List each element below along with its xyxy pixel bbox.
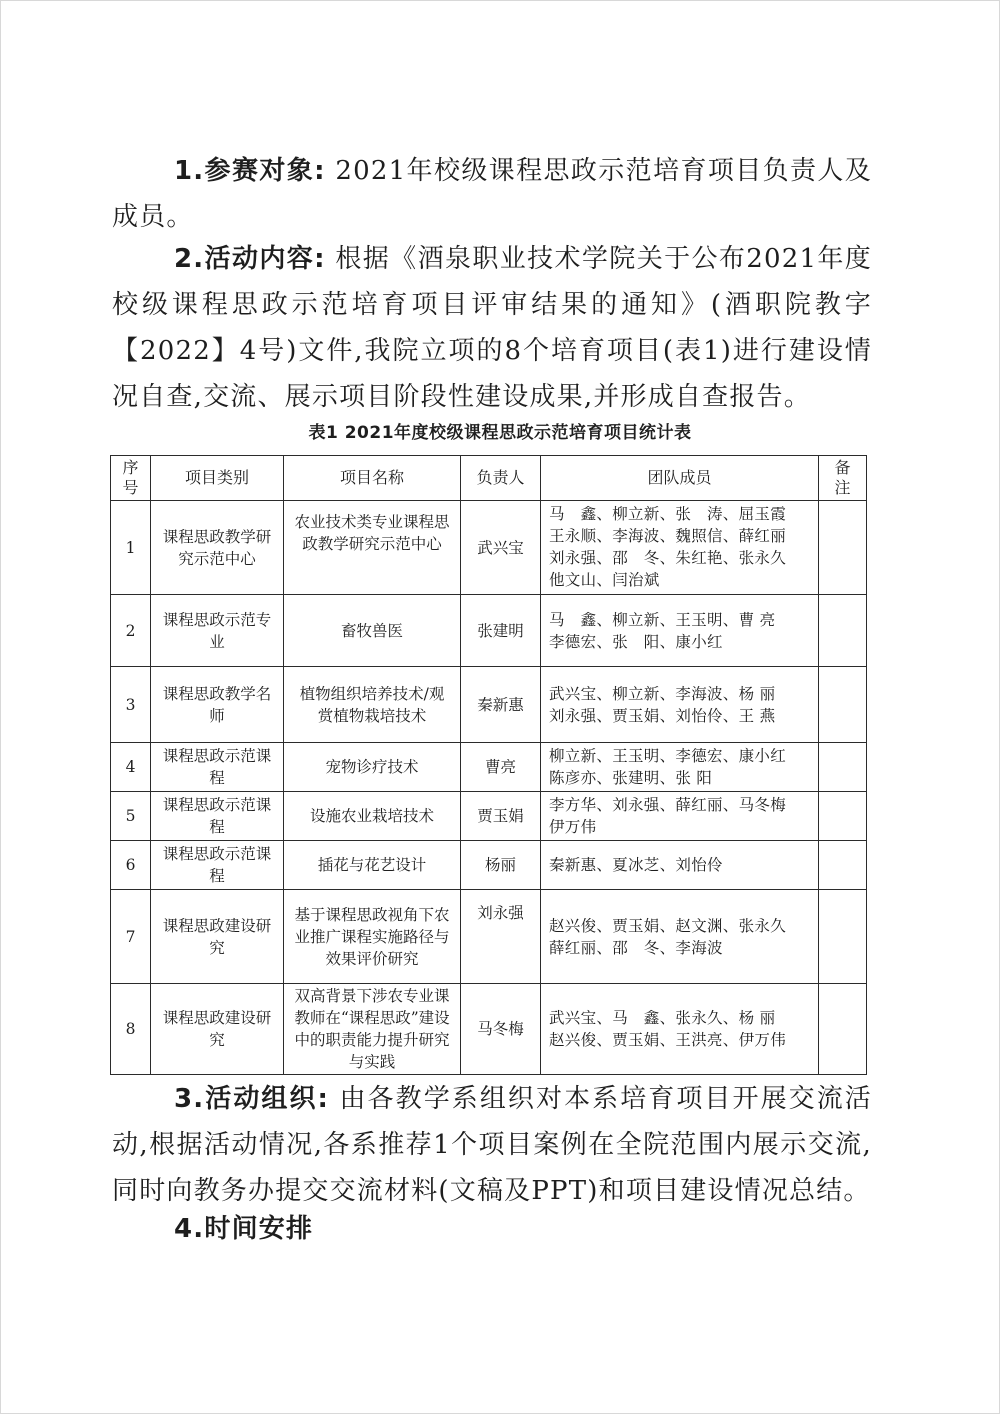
cell-members: 马 鑫、柳立新、王玉明、曹 亮 李德宏、张 阳、康小红 <box>541 595 819 667</box>
cell-index: 4 <box>111 743 151 792</box>
cell-index: 3 <box>111 667 151 743</box>
cell-index: 2 <box>111 595 151 667</box>
table-caption: 表1 2021年度校级课程思政示范培育项目统计表 <box>0 418 1000 443</box>
table-row: 8 课程思政建设研究 双高背景下涉农专业课教师在“课程思政”建设中的职责能力提升… <box>111 984 867 1075</box>
cell-remarks <box>819 890 867 984</box>
header-name: 项目名称 <box>284 456 461 501</box>
table-row: 4 课程思政示范课程 宠物诊疗技术 曹亮 柳立新、王玉明、李德宏、康小红 陈彦亦… <box>111 743 867 792</box>
cell-category: 课程思政教学研究示范中心 <box>151 501 284 595</box>
cell-category: 课程思政教学名师 <box>151 667 284 743</box>
cell-category: 课程思政示范课程 <box>151 743 284 792</box>
table-row: 6 课程思政示范课程 插花与花艺设计 杨丽 秦新惠、夏冰芝、刘怡伶 <box>111 841 867 890</box>
cell-members: 秦新惠、夏冰芝、刘怡伶 <box>541 841 819 890</box>
cell-remarks <box>819 667 867 743</box>
cell-name: 植物组织培养技术/观赏植物栽培技术 <box>284 667 461 743</box>
cell-members: 赵兴俊、贾玉娟、赵文渊、张永久 薛红丽、邵 冬、李海波 <box>541 890 819 984</box>
header-category: 项目类别 <box>151 456 284 501</box>
section-participants-heading: 1.参赛对象: <box>174 156 326 186</box>
cell-members: 柳立新、王玉明、李德宏、康小红 陈彦亦、张建明、张 阳 <box>541 743 819 792</box>
cell-category: 课程思政示范课程 <box>151 841 284 890</box>
cell-index: 6 <box>111 841 151 890</box>
header-leader: 负责人 <box>461 456 541 501</box>
project-statistics-table: 序号 项目类别 项目名称 负责人 团队成员 备注 1 课程思政教学研究示范中心 … <box>110 455 867 1075</box>
cell-leader: 杨丽 <box>461 841 541 890</box>
cell-name: 畜牧兽医 <box>284 595 461 667</box>
section-content-heading: 2.活动内容: <box>174 244 326 274</box>
table-header-row: 序号 项目类别 项目名称 负责人 团队成员 备注 <box>111 456 867 501</box>
cell-remarks <box>819 984 867 1075</box>
cell-leader: 武兴宝 <box>461 501 541 595</box>
table-row: 2 课程思政示范专业 畜牧兽医 张建明 马 鑫、柳立新、王玉明、曹 亮 李德宏、… <box>111 595 867 667</box>
header-remarks: 备注 <box>819 456 867 501</box>
header-index: 序号 <box>111 456 151 501</box>
section-organization-heading: 3.活动组织: <box>174 1084 329 1114</box>
cell-members: 李方华、刘永强、薛红丽、马冬梅 伊万伟 <box>541 792 819 841</box>
cell-remarks <box>819 501 867 595</box>
cell-category: 课程思政示范课程 <box>151 792 284 841</box>
cell-remarks <box>819 792 867 841</box>
cell-name: 双高背景下涉农专业课教师在“课程思政”建设中的职责能力提升研究与实践 <box>284 984 461 1075</box>
cell-leader: 张建明 <box>461 595 541 667</box>
section-schedule-heading: 4.时间安排 <box>174 1214 313 1244</box>
table-row: 3 课程思政教学名师 植物组织培养技术/观赏植物栽培技术 秦新惠 武兴宝、柳立新… <box>111 667 867 743</box>
cell-remarks <box>819 595 867 667</box>
cell-leader: 秦新惠 <box>461 667 541 743</box>
cell-leader: 马冬梅 <box>461 984 541 1075</box>
cell-members: 武兴宝、马 鑫、张永久、杨 丽 赵兴俊、贾玉娟、王洪亮、伊万伟 <box>541 984 819 1075</box>
cell-category: 课程思政建设研究 <box>151 890 284 984</box>
cell-leader: 曹亮 <box>461 743 541 792</box>
cell-category: 课程思政示范专业 <box>151 595 284 667</box>
cell-remarks <box>819 841 867 890</box>
cell-index: 1 <box>111 501 151 595</box>
section-content: 2.活动内容: 根据《酒泉职业技术学院关于公布2021年度校级课程思政示范培育项… <box>112 236 872 420</box>
section-participants: 1.参赛对象: 2021年校级课程思政示范培育项目负责人及成员。 <box>112 148 872 240</box>
cell-name: 宠物诊疗技术 <box>284 743 461 792</box>
cell-name: 基于课程思政视角下农业推广课程实施路径与效果评价研究 <box>284 890 461 984</box>
cell-name: 农业技术类专业课程思政教学研究示范中心 <box>284 501 461 595</box>
cell-members: 马 鑫、柳立新、张 涛、屈玉霞 王永顺、李海波、魏照信、薛红丽 刘永强、邵 冬、… <box>541 501 819 595</box>
cell-name: 设施农业栽培技术 <box>284 792 461 841</box>
cell-members: 武兴宝、柳立新、李海波、杨 丽 刘永强、贾玉娟、刘怡伶、王 燕 <box>541 667 819 743</box>
cell-category: 课程思政建设研究 <box>151 984 284 1075</box>
cell-leader: 贾玉娟 <box>461 792 541 841</box>
cell-index: 7 <box>111 890 151 984</box>
table-row: 1 课程思政教学研究示范中心 农业技术类专业课程思政教学研究示范中心 武兴宝 马… <box>111 501 867 595</box>
cell-index: 5 <box>111 792 151 841</box>
cell-index: 8 <box>111 984 151 1075</box>
section-schedule: 4.时间安排 <box>112 1206 872 1252</box>
cell-remarks <box>819 743 867 792</box>
table-row: 5 课程思政示范课程 设施农业栽培技术 贾玉娟 李方华、刘永强、薛红丽、马冬梅 … <box>111 792 867 841</box>
cell-leader: 刘永强 <box>461 890 541 984</box>
section-organization: 3.活动组织: 由各教学系组织对本系培育项目开展交流活动,根据活动情况,各系推荐… <box>112 1076 872 1214</box>
header-members: 团队成员 <box>541 456 819 501</box>
cell-name: 插花与花艺设计 <box>284 841 461 890</box>
table-row: 7 课程思政建设研究 基于课程思政视角下农业推广课程实施路径与效果评价研究 刘永… <box>111 890 867 984</box>
